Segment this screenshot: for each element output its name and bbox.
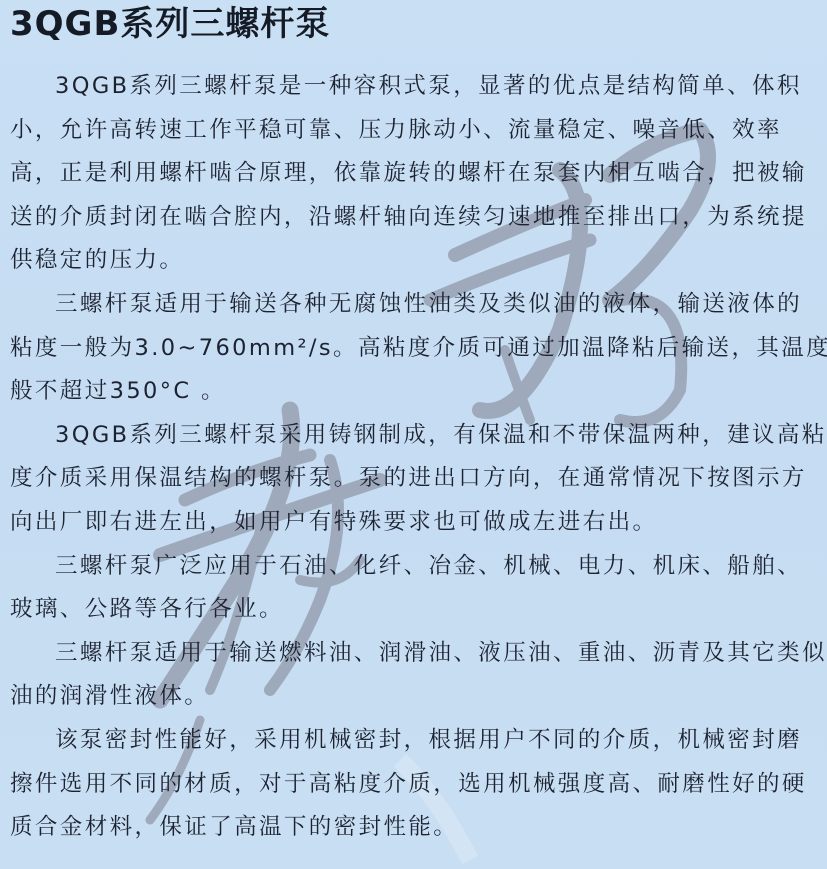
paragraph-intro: 3QGB系列三螺杆泵是一种容积式泵，显著的优点是结构简单、体积 小，允许高转速工…	[10, 65, 822, 283]
text-line: 送的介质封闭在啮合腔内，沿螺杆轴向连续匀速地推至排出口，为系统提	[10, 196, 822, 240]
paragraph-sealing: 该泵密封性能好，采用机械密封，根据用户不同的介质，机械密封磨 擦件选用不同的材质…	[10, 719, 822, 850]
paragraph-construction: 3QGB系列三螺杆泵采用铸钢制成，有保温和不带保温两种，建议高粘 度介质采用保温…	[10, 414, 822, 545]
text-line: 向出厂即右进左出，如用户有特殊要求也可做成左进右出。	[10, 501, 822, 545]
text-line: 三螺杆泵适用于输送燃料油、润滑油、液压油、重油、沥青及其它类似	[10, 632, 822, 676]
text-line: 般不超过350°C 。	[10, 370, 822, 414]
text-line: 3QGB系列三螺杆泵是一种容积式泵，显著的优点是结构简单、体积	[10, 65, 822, 109]
text-line: 高，正是利用螺杆啮合原理，依靠旋转的螺杆在泵套内相互啮合，把被输	[10, 152, 822, 196]
text-line: 三螺杆泵适用于输送各种无腐蚀性油类及类似油的液体，输送液体的	[10, 283, 822, 327]
paragraph-fluids: 三螺杆泵适用于输送燃料油、润滑油、液压油、重油、沥青及其它类似 油的润滑性液体。	[10, 632, 822, 719]
page-title: 3QGB系列三螺杆泵	[10, 4, 330, 44]
text-line: 小，允许高转速工作平稳可靠、压力脉动小、流量稳定、噪音低、效率	[10, 109, 822, 153]
text-line: 粘度一般为3.0~760mm²/s。高粘度介质可通过加温降粘后输送，其温度一	[10, 327, 822, 371]
text-line: 擦件选用不同的材质，对于高粘度介质，选用机械强度高、耐磨性好的硬	[10, 763, 822, 807]
text-line: 供稳定的压力。	[10, 239, 822, 283]
text-line: 度介质采用保温结构的螺杆泵。泵的进出口方向，在通常情况下按图示方	[10, 457, 822, 501]
text-line: 3QGB系列三螺杆泵采用铸钢制成，有保温和不带保温两种，建议高粘	[10, 414, 822, 458]
paragraph-industries: 三螺杆泵广泛应用于石油、化纤、冶金、机械、电力、机床、船舶、 玻璃、公路等各行各…	[10, 545, 822, 632]
text-line: 玻璃、公路等各行各业。	[10, 588, 822, 632]
text-line: 油的润滑性液体。	[10, 675, 822, 719]
paragraph-applicable-media: 三螺杆泵适用于输送各种无腐蚀性油类及类似油的液体，输送液体的 粘度一般为3.0~…	[10, 283, 822, 414]
body-text: 3QGB系列三螺杆泵是一种容积式泵，显著的优点是结构简单、体积 小，允许高转速工…	[10, 65, 822, 850]
text-line: 该泵密封性能好，采用机械密封，根据用户不同的介质，机械密封磨	[10, 719, 822, 763]
text-line: 三螺杆泵广泛应用于石油、化纤、冶金、机械、电力、机床、船舶、	[10, 545, 822, 589]
text-line: 质合金材料，保证了高温下的密封性能。	[10, 806, 822, 850]
